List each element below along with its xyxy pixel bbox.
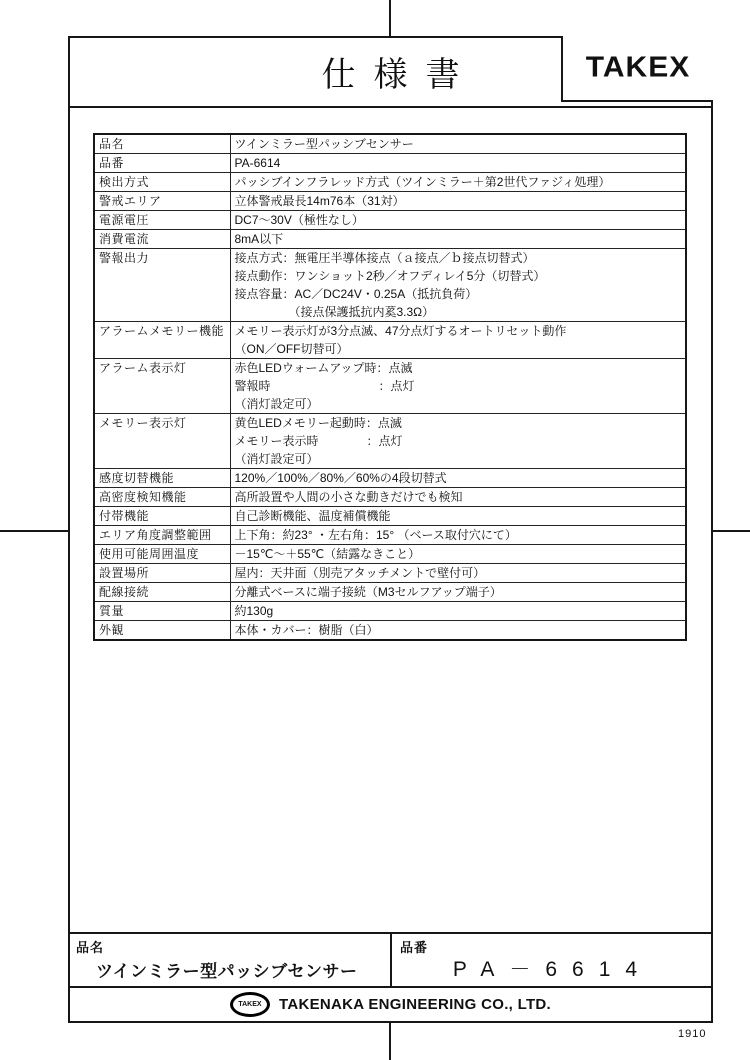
- crop-mark-bottom: [389, 1022, 391, 1060]
- spec-label: メモリー表示灯: [94, 414, 230, 469]
- table-row: 品名ツインミラー型パッシブセンサー: [94, 134, 686, 154]
- table-row: 設置場所屋内：天井面（別売アタッチメントで壁付可）: [94, 564, 686, 583]
- table-row: 質量約130g: [94, 602, 686, 621]
- product-name-cell: 品名 ツインミラー型パッシブセンサー: [68, 934, 392, 986]
- spec-value: 立体警戒最長14m76本（31対）: [230, 192, 686, 211]
- spec-label: 配線接続: [94, 583, 230, 602]
- table-row: 高密度検知機能高所設置や人間の小さな動きだけでも検知: [94, 488, 686, 507]
- spec-table-body: 品名ツインミラー型パッシブセンサー品番PA-6614検出方式パッシブインフラレッ…: [94, 134, 686, 640]
- table-row: 警報出力接点方式：無電圧半導体接点（ａ接点／ｂ接点切替式） 接点動作：ワンショッ…: [94, 249, 686, 322]
- spec-value: PA-6614: [230, 154, 686, 173]
- table-row: 検出方式パッシブインフラレッド方式（ツインミラー＋第2世代ファジィ処理）: [94, 173, 686, 192]
- title-block-row: 品名 ツインミラー型パッシブセンサー 品番 PA－6614: [68, 934, 713, 988]
- footer: TAKEX TAKENAKA ENGINEERING CO., LTD.: [68, 988, 713, 1021]
- spec-label: アラーム表示灯: [94, 359, 230, 414]
- spec-value: 分離式ベースに端子接続（M3セルフアップ端子）: [230, 583, 686, 602]
- spec-value: 120%／100%／80%／60%の4段切替式: [230, 469, 686, 488]
- spec-label: 高密度検知機能: [94, 488, 230, 507]
- spec-label: 設置場所: [94, 564, 230, 583]
- spec-value: 自己診断機能、温度補償機能: [230, 507, 686, 526]
- spec-value: パッシブインフラレッド方式（ツインミラー＋第2世代ファジィ処理）: [230, 173, 686, 192]
- spec-label: 感度切替機能: [94, 469, 230, 488]
- takex-oval-logo-text: TAKEX: [238, 1001, 261, 1009]
- table-row: 品番PA-6614: [94, 154, 686, 173]
- spec-value: 黄色LEDメモリー起動時：点滅 メモリー表示時 ：点灯 （消灯設定可）: [230, 414, 686, 469]
- spec-label: 付帯機能: [94, 507, 230, 526]
- table-row: 警戒エリア立体警戒最長14m76本（31対）: [94, 192, 686, 211]
- spec-label: 質量: [94, 602, 230, 621]
- crop-mark-left: [0, 530, 68, 532]
- document-title: 仕様書: [304, 47, 478, 96]
- spec-label: 使用可能周囲温度: [94, 545, 230, 564]
- spec-value: 高所設置や人間の小さな動きだけでも検知: [230, 488, 686, 507]
- crop-mark-right: [712, 530, 750, 532]
- spec-value: 屋内：天井面（別売アタッチメントで壁付可）: [230, 564, 686, 583]
- spec-value: 赤色LEDウォームアップ時：点滅 警報時 ：点灯 （消灯設定可）: [230, 359, 686, 414]
- spec-label: 品番: [94, 154, 230, 173]
- spec-value: DC7～30V（極性なし）: [230, 211, 686, 230]
- table-row: アラーム表示灯赤色LEDウォームアップ時：点滅 警報時 ：点灯 （消灯設定可）: [94, 359, 686, 414]
- spec-label: 品名: [94, 134, 230, 154]
- spec-value: 本体・カバー：樹脂（白）: [230, 621, 686, 641]
- spec-label: エリア角度調整範囲: [94, 526, 230, 545]
- spec-value: 上下角：約23° ・左右角：15° （ベース取付穴にて）: [230, 526, 686, 545]
- table-row: エリア角度調整範囲上下角：約23° ・左右角：15° （ベース取付穴にて）: [94, 526, 686, 545]
- table-row: 付帯機能自己診断機能、温度補償機能: [94, 507, 686, 526]
- product-name-value: ツインミラー型パッシブセンサー: [96, 957, 357, 982]
- product-number-value: PA－6614: [392, 953, 713, 983]
- spec-value: 8mA以下: [230, 230, 686, 249]
- spec-table: 品名ツインミラー型パッシブセンサー品番PA-6614検出方式パッシブインフラレッ…: [93, 133, 687, 641]
- spec-value: －15℃～＋55℃（結露なきこと）: [230, 545, 686, 564]
- spec-value: ツインミラー型パッシブセンサー: [230, 134, 686, 154]
- page-number: 1910: [678, 1028, 706, 1040]
- spec-value: 約130g: [230, 602, 686, 621]
- brand-logo-box: TAKEX: [561, 36, 713, 102]
- spec-label: 電源電圧: [94, 211, 230, 230]
- title-block: 品名 ツインミラー型パッシブセンサー 品番 PA－6614 TAKEX TAKE…: [68, 932, 713, 1023]
- spec-sheet-page: 仕様書 TAKEX 品名ツインミラー型パッシブセンサー品番PA-6614検出方式…: [0, 0, 750, 1060]
- spec-label: 警戒エリア: [94, 192, 230, 211]
- table-row: メモリー表示灯黄色LEDメモリー起動時：点滅 メモリー表示時 ：点灯 （消灯設定…: [94, 414, 686, 469]
- table-row: 感度切替機能120%／100%／80%／60%の4段切替式: [94, 469, 686, 488]
- spec-value: メモリー表示灯が3分点滅、47分点灯するオートリセット動作 （ON／OFF切替可…: [230, 322, 686, 359]
- spec-label: アラームメモリー機能: [94, 322, 230, 359]
- product-name-label: 品名: [76, 937, 104, 956]
- takex-oval-logo-icon: TAKEX: [230, 992, 270, 1017]
- table-row: 電源電圧DC7～30V（極性なし）: [94, 211, 686, 230]
- spec-label: 外観: [94, 621, 230, 641]
- table-row: 消費電流8mA以下: [94, 230, 686, 249]
- spec-table-wrap: 品名ツインミラー型パッシブセンサー品番PA-6614検出方式パッシブインフラレッ…: [93, 133, 687, 641]
- company-name: TAKENAKA ENGINEERING CO., LTD.: [279, 996, 551, 1013]
- spec-label: 消費電流: [94, 230, 230, 249]
- table-row: 使用可能周囲温度－15℃～＋55℃（結露なきこと）: [94, 545, 686, 564]
- spec-label: 検出方式: [94, 173, 230, 192]
- crop-mark-top: [389, 0, 391, 37]
- takex-logo: TAKEX: [586, 52, 690, 85]
- spec-label: 警報出力: [94, 249, 230, 322]
- product-number-cell: 品番 PA－6614: [392, 934, 713, 986]
- spec-value: 接点方式：無電圧半導体接点（ａ接点／ｂ接点切替式） 接点動作：ワンショット2秒／…: [230, 249, 686, 322]
- table-row: アラームメモリー機能メモリー表示灯が3分点滅、47分点灯するオートリセット動作 …: [94, 322, 686, 359]
- table-row: 外観本体・カバー：樹脂（白）: [94, 621, 686, 641]
- table-row: 配線接続分離式ベースに端子接続（M3セルフアップ端子）: [94, 583, 686, 602]
